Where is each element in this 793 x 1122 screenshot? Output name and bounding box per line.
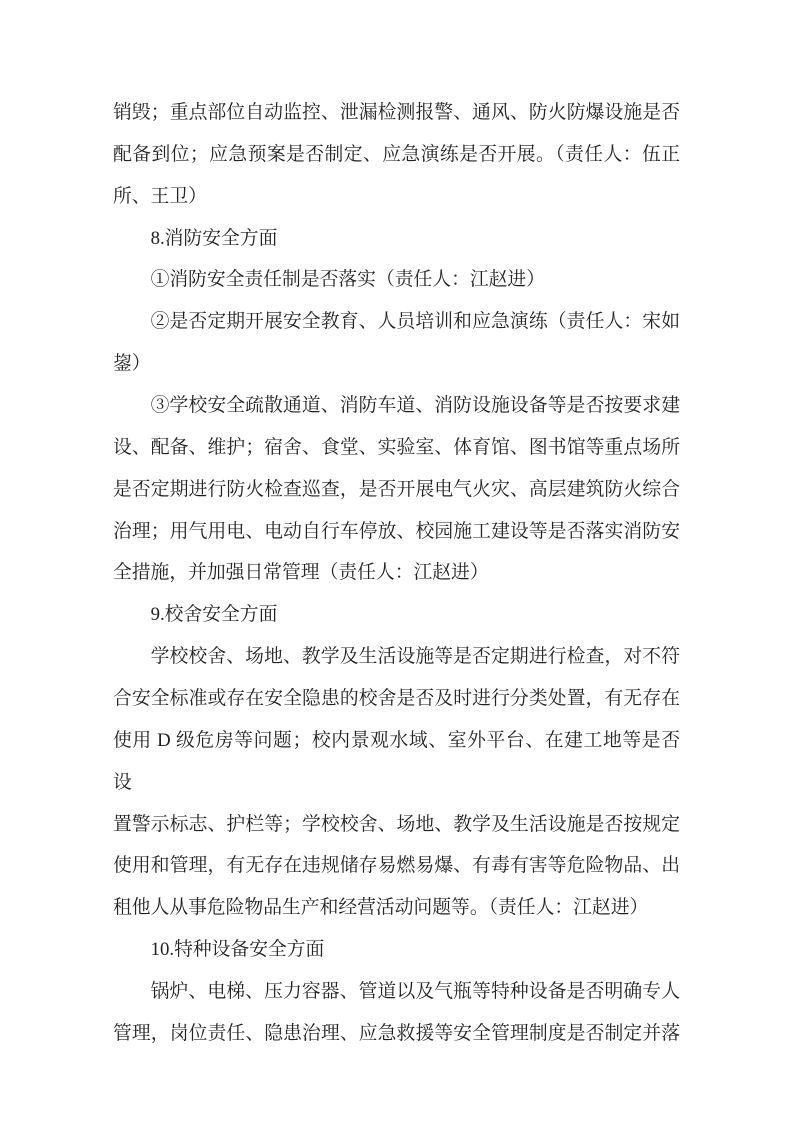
text-line: 鋆） xyxy=(113,343,680,385)
text-line: 8.消防安全方面 xyxy=(113,218,680,260)
text-line: ②是否定期开展安全教育、人员培训和应急演练（责任人：宋如 xyxy=(113,301,680,343)
text-line: 合安全标准或存在安全隐患的校舍是否及时进行分类处置，有无存在 xyxy=(113,678,680,720)
text-line: 使用和管理，有无存在违规储存易燃易爆、有毒有害等危险物品、出 xyxy=(113,845,680,887)
text-line: 管理，岗位责任、隐患治理、应急救援等安全管理制度是否制定并落 xyxy=(113,1013,680,1055)
text-line: 所、王卫） xyxy=(113,176,680,218)
text-line: 配备到位；应急预案是否制定、应急演练是否开展。（责任人：伍正 xyxy=(113,134,680,176)
text-line: 学校校舍、场地、教学及生活设施等是否定期进行检查，对不符 xyxy=(113,636,680,678)
document-text-block: 销毁；重点部位自动监控、泄漏检测报警、通风、防火防爆设施是否配备到位；应急预案是… xyxy=(113,92,680,1055)
text-line: 治理；用气用电、电动自行车停放、校园施工建设等是否落实消防安 xyxy=(113,511,680,553)
text-line: 10.特种设备安全方面 xyxy=(113,929,680,971)
text-line: 置警示标志、护栏等；学校校舍、场地、教学及生活设施是否按规定 xyxy=(113,804,680,846)
text-line: ①消防安全责任制是否落实（责任人：江赵进） xyxy=(113,259,680,301)
text-line: 锅炉、电梯、压力容器、管道以及气瓶等特种设备是否明确专人 xyxy=(113,971,680,1013)
text-line: 9.校舍安全方面 xyxy=(113,594,680,636)
text-line: 是否定期进行防火检查巡查，是否开展电气火灾、高层建筑防火综合 xyxy=(113,469,680,511)
document-page: 销毁；重点部位自动监控、泄漏检测报警、通风、防火防爆设施是否配备到位；应急预案是… xyxy=(0,0,793,1122)
text-line: 全措施，并加强日常管理（责任人：江赵进） xyxy=(113,552,680,594)
text-line: 租他人从事危险物品生产和经营活动问题等。（责任人：江赵进） xyxy=(113,887,680,929)
text-line: 设、配备、维护；宿舍、食堂、实验室、体育馆、图书馆等重点场所 xyxy=(113,427,680,469)
text-line: 使用 D 级危房等问题；校内景观水域、室外平台、在建工地等是否设 xyxy=(113,720,680,804)
text-line: 销毁；重点部位自动监控、泄漏检测报警、通风、防火防爆设施是否 xyxy=(113,92,680,134)
text-line: ③学校安全疏散通道、消防车道、消防设施设备等是否按要求建 xyxy=(113,385,680,427)
